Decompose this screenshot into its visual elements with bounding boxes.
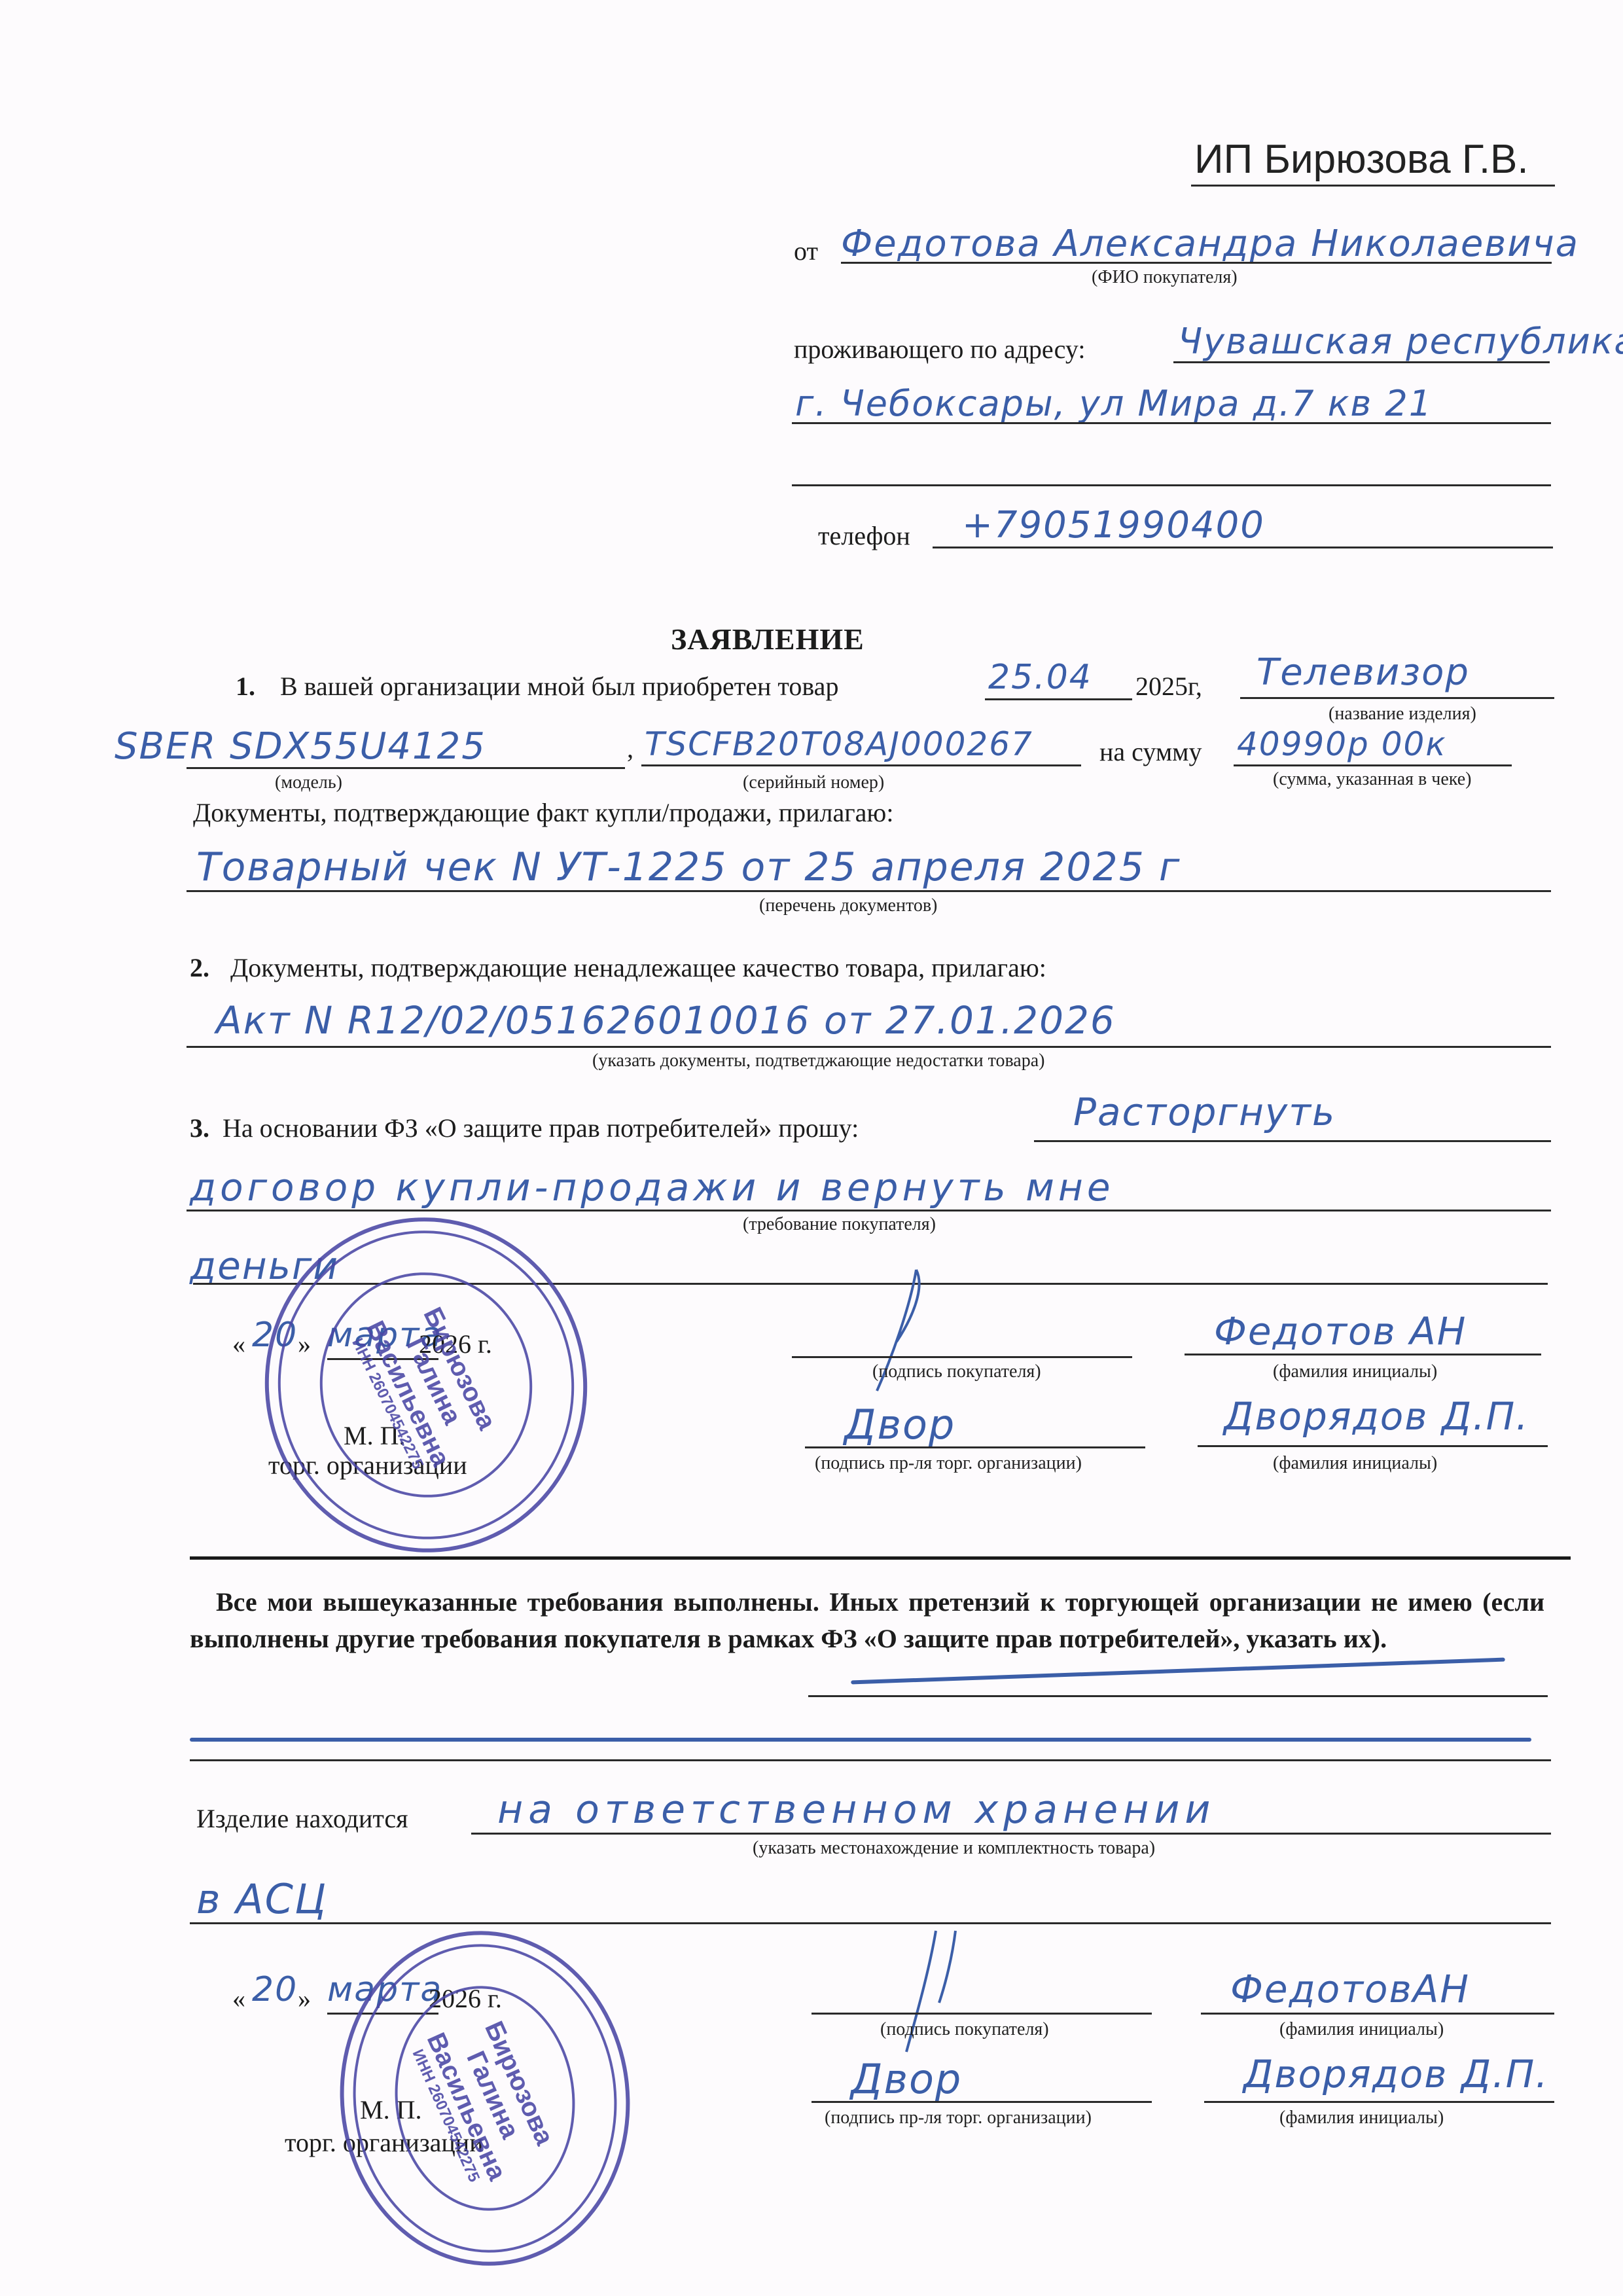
address-line-1-rule [1173, 361, 1550, 363]
rep-name-1-line [1198, 1445, 1548, 1447]
buyer-signature-2-caption: (подпись покупателя) [880, 2019, 1049, 2040]
product-name[interactable]: Телевизор [1257, 651, 1470, 694]
purchase-docs-text: Документы, подтверждающие факт купли/про… [193, 797, 893, 828]
serial-caption: (серийный номер) [743, 772, 884, 793]
buyer-full-name[interactable]: Федотова Александра Николаевича [841, 223, 1579, 265]
purchase-sum[interactable]: 40990р 00к [1237, 725, 1447, 763]
demand-line-1[interactable]: Расторгнуть [1073, 1090, 1336, 1134]
rep-signature-1-caption: (подпись пр-ля торг. организации) [815, 1453, 1082, 1474]
location-value-2[interactable]: в АСЦ [196, 1875, 327, 1923]
closing-paragraph: Все мои вышеуказанные требования выполне… [190, 1584, 1544, 1657]
purchase-docs-value[interactable]: Товарный чек N УТ-1225 от 25 апреля 2025… [196, 844, 1181, 890]
rep-signature-2[interactable]: Двор [851, 2055, 962, 2103]
from-label: от [794, 236, 818, 266]
date-2-close: » [298, 1983, 311, 2014]
location-caption: (указать местонахождение и комплектность… [753, 1838, 1155, 1859]
location-line-2 [190, 1922, 1551, 1924]
recipient-underline [1191, 185, 1555, 187]
sum-caption: (сумма, указанная в чеке) [1273, 769, 1471, 790]
defect-docs-caption: (указать документы, подтвeтджающие недос… [592, 1050, 1044, 1071]
purchase-docs-line [187, 890, 1551, 892]
rep-signature-1[interactable]: Двор [844, 1401, 955, 1448]
address-line-2[interactable]: г. Чебоксары, ул Мира д.7 кв 21 [795, 383, 1433, 424]
address-line-2-rule [792, 422, 1551, 424]
demand-line-2-rule [187, 1210, 1551, 1211]
recipient-name: ИП Бирюзова Г.В. [1194, 136, 1529, 183]
address-line-1[interactable]: Чувашская республика [1178, 321, 1623, 362]
rep-name-2-caption: (фамилия инициалы) [1279, 2108, 1444, 2128]
model-serial-comma: , [627, 733, 633, 764]
model-caption: (модель) [275, 772, 342, 793]
demand-line-1-rule [1034, 1140, 1551, 1142]
section-3-number: 3. [190, 1113, 209, 1143]
other-demands-line-1 [808, 1695, 1548, 1697]
phone-field-line [933, 547, 1553, 548]
purchase-date[interactable]: 25.04 [988, 658, 1092, 697]
sum-line [1234, 764, 1512, 766]
buyer-name-1-caption: (фамилия инициалы) [1273, 1361, 1437, 1382]
sum-label: на сумму [1099, 736, 1202, 767]
section-3-text: На основании ФЗ «О защите прав потребите… [223, 1113, 859, 1143]
rep-name-1[interactable]: Дворядов Д.П. [1224, 1394, 1529, 1439]
buyer-signature-2-line [811, 2013, 1152, 2015]
demand-caption: (требование покупателя) [743, 1214, 936, 1235]
from-field-line [841, 262, 1552, 264]
address-label: проживающего по адресу: [794, 334, 1086, 365]
location-label: Изделие находится [196, 1803, 408, 1834]
from-caption: (ФИО покупателя) [1092, 267, 1238, 288]
rep-signature-2-caption: (подпись пр-ля торг. организации) [825, 2108, 1092, 2128]
address-line-3-rule [792, 484, 1551, 486]
rep-name-1-caption: (фамилия инициалы) [1273, 1453, 1437, 1474]
location-value-1[interactable]: на ответственном хранении [497, 1787, 1215, 1833]
buyer-signature-1-line [792, 1356, 1132, 1358]
section-1-number: 1. [236, 671, 255, 702]
buyer-signature-1-caption: (подпись покупателя) [872, 1361, 1041, 1382]
demand-line-2[interactable]: договор купли-продажи и вернуть мне [190, 1165, 1115, 1210]
purchase-docs-caption: (перечень документов) [759, 895, 937, 916]
strike-line-1 [851, 1658, 1505, 1685]
location-line-1 [471, 1833, 1551, 1835]
defect-docs-value[interactable]: Акт N R12/02/051626010016 от 27.01.2026 [216, 998, 1116, 1043]
buyer-name-2-line [1201, 2013, 1554, 2015]
purchase-year: 2025г, [1135, 671, 1202, 702]
rep-signature-1-line [805, 1446, 1145, 1448]
date-2-day[interactable]: 20 [252, 1970, 298, 2009]
date-1-open: « [232, 1329, 245, 1359]
other-demands-line-2 [190, 1759, 1551, 1761]
section-1-text: В вашей организации мной был приобретен … [280, 671, 838, 702]
section-2-text: Документы, подтверждающие ненадлежащее к… [230, 952, 1046, 983]
defect-docs-line [187, 1046, 1551, 1048]
model-line [187, 767, 625, 769]
document-title: ЗАЯВЛЕНИЕ [671, 622, 865, 656]
buyer-name-2-caption: (фамилия инициалы) [1279, 2019, 1444, 2040]
section-separator [190, 1556, 1571, 1560]
buyer-name-1-line [1185, 1354, 1541, 1355]
rep-signature-2-line [811, 2101, 1152, 2103]
product-model[interactable]: SBER SDX55U4125 [115, 725, 486, 768]
product-name-line [1240, 697, 1554, 699]
phone-label: телефон [818, 520, 910, 551]
phone-value[interactable]: +79051990400 [962, 504, 1265, 547]
purchase-date-line [985, 698, 1132, 700]
strike-line-2 [190, 1738, 1531, 1742]
rep-name-2-line [1204, 2101, 1554, 2103]
date-2-open: « [232, 1983, 245, 2014]
serial-line [641, 764, 1081, 766]
section-2-number: 2. [190, 952, 209, 983]
product-caption: (название изделия) [1329, 704, 1476, 725]
buyer-name-1[interactable]: Федотов АН [1214, 1309, 1467, 1354]
rep-name-2[interactable]: Дворядов Д.П. [1243, 2052, 1549, 2096]
serial-number[interactable]: TSCFB20T08AJ000267 [645, 725, 1033, 763]
buyer-name-2[interactable]: ФедотовАН [1230, 1967, 1470, 2011]
